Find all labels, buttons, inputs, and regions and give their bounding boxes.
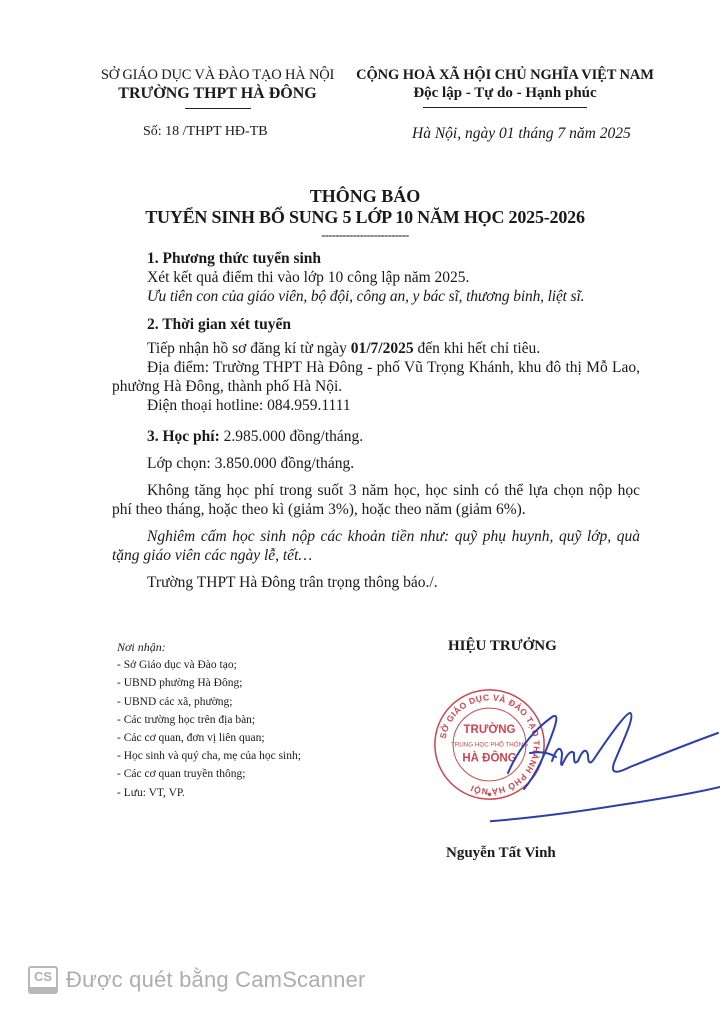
- section-3-heading: 3. Học phí:: [147, 428, 220, 445]
- title-separator: -------------------------: [80, 229, 650, 241]
- issuing-authority-block: SỞ GIÁO DỤC VÀ ĐÀO TẠO HÀ NỘI TRƯỜNG THP…: [80, 67, 355, 109]
- recipient-item: - Sở Giáo dục và Đào tạo;: [117, 656, 301, 674]
- recipient-item: - UBND các xã, phường;: [117, 693, 301, 711]
- section-1-heading: 1. Phương thức tuyển sinh: [147, 249, 321, 268]
- section-1-priority: Ưu tiên con của giáo viên, bộ đội, công …: [147, 287, 584, 306]
- section-2-hotline: Điện thoại hotline: 084.959.1111: [147, 396, 351, 415]
- header-left-rule: [185, 108, 251, 109]
- scanner-watermark: CS Được quét bằng CamScanner: [28, 966, 366, 994]
- camscanner-logo-icon: CS: [28, 966, 58, 994]
- recipients-label: Nơi nhận:: [117, 638, 301, 656]
- signer-title: HIỆU TRƯỞNG: [448, 638, 557, 655]
- school-name: TRƯỜNG THPT HÀ ĐÔNG: [80, 85, 355, 103]
- recipient-item: - Các cơ quan truyền thông;: [117, 765, 301, 783]
- place-and-date: Hà Nội, ngày 01 tháng 7 năm 2025: [412, 125, 631, 143]
- national-motto: Độc lập - Tự do - Hạnh phúc: [340, 85, 670, 102]
- section-2-heading: 2. Thời gian xét tuyển: [147, 315, 291, 334]
- section-3-fee: 3. Học phí: 2.985.000 đồng/tháng.: [147, 427, 363, 446]
- national-heading-block: CỘNG HOÀ XÃ HỘI CHỦ NGHĨA VIỆT NAM Độc l…: [340, 67, 670, 108]
- signer-name: Nguyễn Tất Vinh: [446, 845, 556, 862]
- document-number: Số: 18 /THPT HĐ-TB: [143, 124, 268, 140]
- closing-statement: Trường THPT Hà Đông trân trọng thông báo…: [147, 573, 438, 592]
- receive-prefix: Tiếp nhận hồ sơ đăng kí từ ngày: [147, 340, 351, 357]
- recipient-item: - Lưu: VT, VP.: [117, 784, 301, 802]
- header-right-rule: [423, 107, 587, 108]
- recipients-list: Nơi nhận: - Sở Giáo dục và Đào tạo; - UB…: [117, 638, 301, 802]
- receive-suffix: đến khi hết chỉ tiêu.: [414, 340, 541, 357]
- watermark-text: Được quét bằng CamScanner: [66, 967, 366, 993]
- department-name: SỞ GIÁO DỤC VÀ ĐÀO TẠO HÀ NỘI: [80, 67, 355, 84]
- document-subject-title: TUYỂN SINH BỔ SUNG 5 LỚP 10 NĂM HỌC 2025…: [80, 207, 650, 228]
- section-2-receive-period: Tiếp nhận hồ sơ đăng kí từ ngày 01/7/202…: [147, 339, 540, 358]
- nation-name: CỘNG HOÀ XÃ HỘI CHỦ NGHĨA VIỆT NAM: [340, 67, 670, 84]
- document-type-title: THÔNG BÁO: [80, 186, 650, 207]
- receive-date: 01/7/2025: [351, 340, 414, 357]
- prohibition-note: Nghiêm cấm học sinh nộp các khoản tiền n…: [112, 527, 640, 565]
- recipient-item: - Các cơ quan, đơn vị liên quan;: [117, 729, 301, 747]
- monthly-fee: 2.985.000 đồng/tháng.: [220, 428, 363, 445]
- recipient-item: - UBND phường Hà Đông;: [117, 674, 301, 692]
- no-fee-increase-note: Không tăng học phí trong suốt 3 năm học,…: [112, 481, 640, 519]
- section-2-location: Địa điểm: Trường THPT Hà Đông - phố Vũ T…: [112, 358, 640, 396]
- section-1-line-1: Xét kết quả điểm thi vào lớp 10 công lập…: [147, 268, 469, 287]
- recipient-item: - Các trường học trên địa bàn;: [117, 711, 301, 729]
- recipient-item: - Học sinh và quý cha, mẹ của học sinh;: [117, 747, 301, 765]
- handwritten-signature: [490, 705, 720, 830]
- select-class-fee: Lớp chọn: 3.850.000 đồng/tháng.: [147, 454, 354, 473]
